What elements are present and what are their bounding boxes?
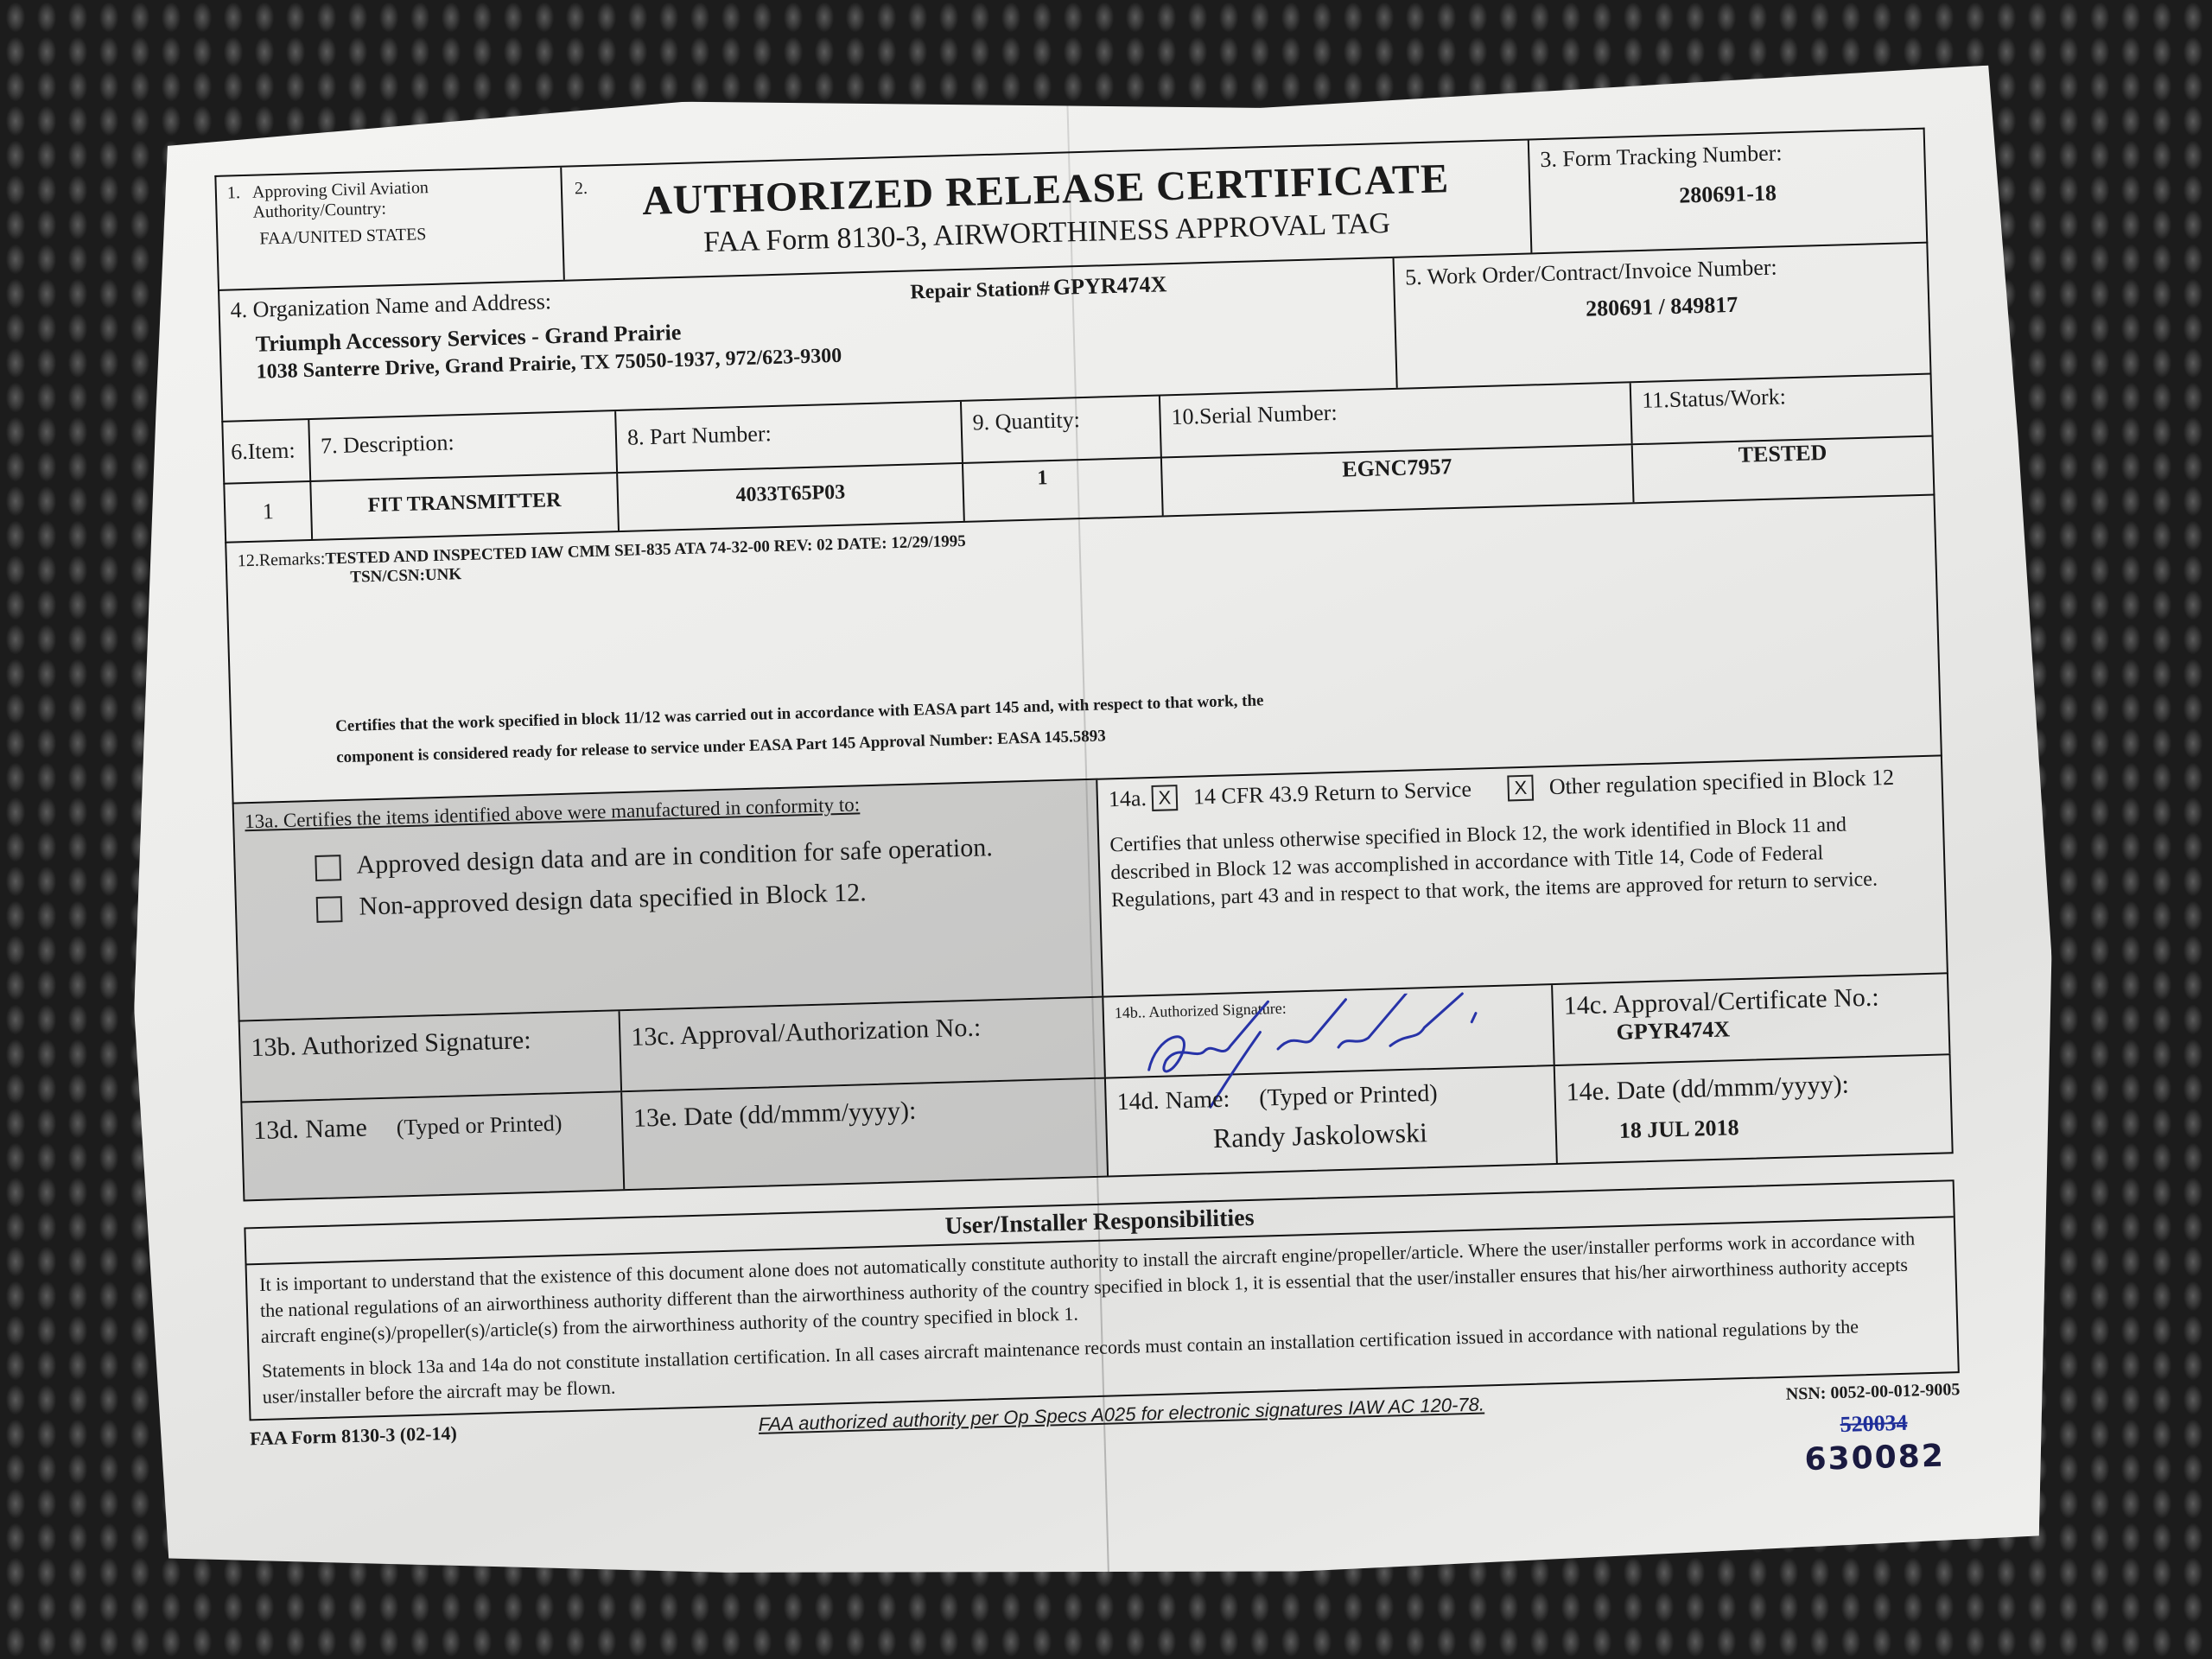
block-3-tracking: 3. Form Tracking Number: 280691-18 bbox=[1529, 130, 1926, 253]
block-14a: 14a. X 14 CFR 43.9 Return to Service X O… bbox=[1097, 756, 1947, 995]
header-quantity: 9. Quantity: bbox=[962, 396, 1162, 461]
option-other-regulation-label: Other regulation specified in Block 12 bbox=[1548, 765, 1894, 800]
block-12-remarks: 12.Remarks:TESTED AND INSPECTED IAW CMM … bbox=[225, 494, 1942, 803]
block-1-authority: 1. Approving Civil Aviation Authority/Co… bbox=[216, 168, 564, 289]
block-14c: 14c. Approval/Certificate No.: GPYR474X bbox=[1553, 974, 1948, 1065]
block-14e-label: 14e. Date (dd/mmm/yyyy): bbox=[1566, 1068, 1940, 1108]
block-13b-label: 13b. Authorized Signature: bbox=[240, 1011, 622, 1101]
option-non-approved-design-data-label: Non-approved design data specified in Bl… bbox=[359, 878, 867, 920]
certificate-paper: 1. Approving Civil Aviation Authority/Co… bbox=[109, 64, 2068, 1603]
repair-station-label: Repair Station# bbox=[910, 277, 1050, 304]
block-14d: 14d. Name: (Typed or Printed) Randy Jask… bbox=[1106, 1066, 1558, 1175]
block-13d: 13d. Name (Typed or Printed) bbox=[242, 1092, 625, 1199]
block-1-number: 1. bbox=[227, 183, 241, 223]
checkbox-approved-design-data[interactable] bbox=[315, 855, 341, 881]
checkbox-non-approved-design-data[interactable] bbox=[316, 896, 343, 923]
checkbox-other-regulation[interactable]: X bbox=[1507, 775, 1534, 802]
item-quantity: 1 bbox=[963, 458, 1164, 520]
header-description: 7. Description: bbox=[309, 411, 618, 480]
handwritten-number: 630082 bbox=[1787, 1438, 1962, 1478]
nsn-block: NSN: 0052-00-012-9005 520034 630082 bbox=[1785, 1380, 1962, 1478]
block-13a-option-non-approved[interactable]: Non-approved design data specified in Bl… bbox=[316, 872, 1090, 923]
block-14d-hint: (Typed or Printed) bbox=[1259, 1080, 1438, 1112]
checkbox-14cfr-43-9[interactable]: X bbox=[1152, 785, 1179, 811]
header-status-work: 11.Status/Work: bbox=[1631, 375, 1932, 444]
block-13c-label: 13c. Approval/Authorization No.: bbox=[620, 998, 1106, 1091]
block-14e: 14e. Date (dd/mmm/yyyy): 18 JUL 2018 bbox=[1555, 1055, 1952, 1163]
block-14b-signature: 14b.. Authorized Signature: bbox=[1103, 985, 1554, 1077]
item-status-work: TESTED bbox=[1633, 437, 1934, 503]
block-5-label: 5. Work Order/Contract/Invoice Number: bbox=[1405, 251, 1917, 291]
header-part-number: 8. Part Number: bbox=[616, 402, 963, 472]
item-part-number: 4033T65P03 bbox=[618, 464, 965, 531]
option-approved-design-data-label: Approved design data and are in conditio… bbox=[356, 833, 993, 880]
authorized-person-name: Randy Jaskolowski bbox=[1117, 1113, 1545, 1157]
option-14cfr-43-9-label: 14 CFR 43.9 Return to Service bbox=[1192, 777, 1471, 810]
block-13a: 13a. Certifies the items identified abov… bbox=[234, 780, 1104, 1020]
block-14d-label: 14d. Name: bbox=[1116, 1086, 1230, 1116]
form-tracking-number: 280691-18 bbox=[1541, 176, 1915, 213]
block-12-label: 12.Remarks: bbox=[237, 550, 325, 571]
repair-station-number: GPYR474X bbox=[1052, 271, 1166, 300]
block-14a-label: 14a. bbox=[1108, 785, 1147, 812]
block-1-label: Approving Civil Aviation Authority/Count… bbox=[252, 177, 452, 222]
block-2-number: 2. bbox=[575, 179, 588, 199]
block-13e-label: 13e. Date (dd/mmm/yyyy): bbox=[622, 1079, 1109, 1190]
block-4-label: 4. Organization Name and Address: bbox=[230, 289, 551, 323]
block-1-value: FAA/UNITED STATES bbox=[228, 221, 551, 250]
header-item: 6.Item: bbox=[223, 420, 311, 483]
nsn-number: NSN: 0052-00-012-9005 bbox=[1785, 1380, 1960, 1405]
item-number: 1 bbox=[225, 482, 313, 542]
block-5-work-order: 5. Work Order/Contract/Invoice Number: 2… bbox=[1395, 244, 1930, 388]
block-13d-hint: (Typed or Printed) bbox=[396, 1110, 562, 1140]
release-date: 18 JUL 2018 bbox=[1567, 1109, 1941, 1146]
item-description: FIT TRANSMITTER bbox=[311, 474, 620, 539]
responsibilities-box: User/Installer Responsibilities It is im… bbox=[244, 1179, 1959, 1421]
faa-form-8130-3: 1. Approving Civil Aviation Authority/Co… bbox=[214, 128, 1962, 1522]
block-13d-label: 13d. Name bbox=[253, 1113, 368, 1145]
block-3-label: 3. Form Tracking Number: bbox=[1540, 137, 1914, 173]
block-13a-option-approved[interactable]: Approved design data and are in conditio… bbox=[315, 830, 1088, 881]
block-14a-statement: Certifies that unless otherwise specifie… bbox=[1109, 809, 1934, 915]
form-revision-id: FAA Form 8130-3 (02-14) bbox=[250, 1422, 457, 1451]
handwritten-struck-number: 520034 bbox=[1786, 1408, 1961, 1440]
work-order-number: 280691 / 849817 bbox=[1406, 287, 1918, 327]
